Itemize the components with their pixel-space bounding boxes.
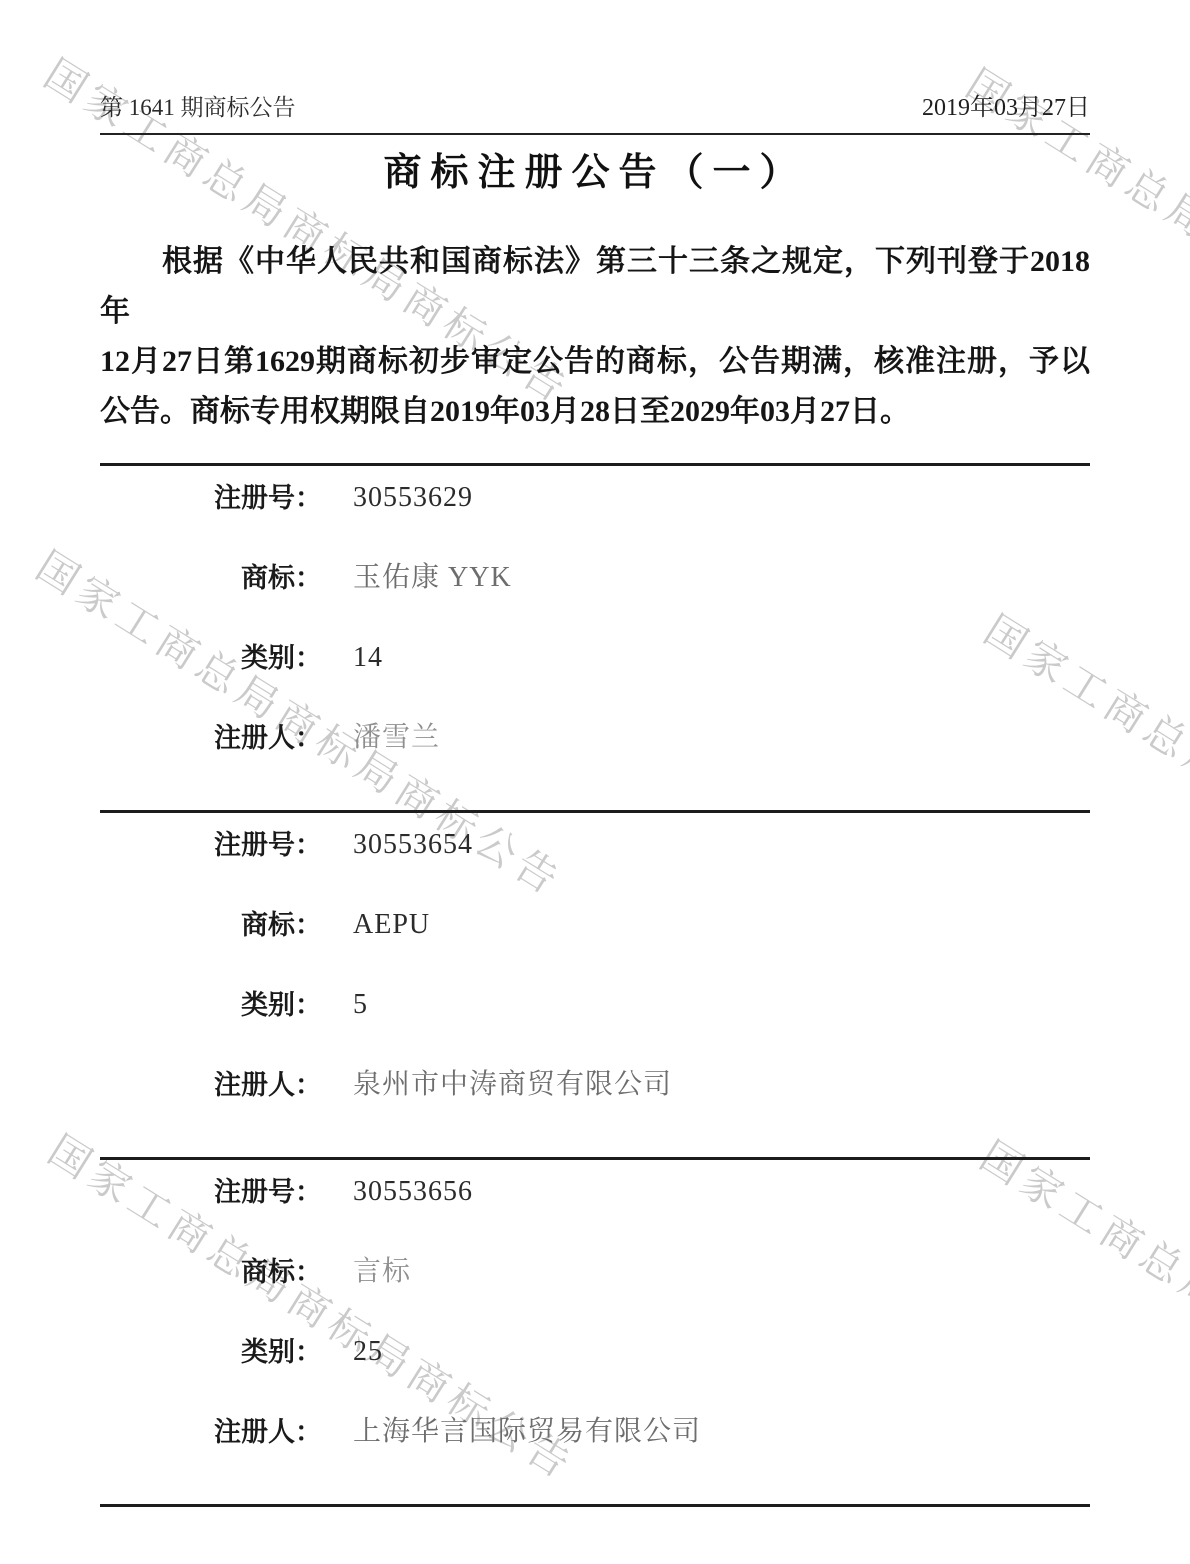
owner-value: 泉州市中涛商贸有限公司 [353, 1069, 672, 1101]
mark-label: 商标： [100, 1256, 322, 1288]
class-label: 类别： [100, 989, 322, 1021]
class-row: 类别： 25 [100, 1336, 1090, 1416]
class-label: 类别： [100, 1336, 322, 1368]
owner-value: 上海华言国际贸易有限公司 [353, 1416, 701, 1448]
class-row: 类别： 5 [100, 989, 1090, 1069]
class-label: 类别： [100, 642, 322, 674]
intro-line: 12月27日第1629期商标初步审定公告的商标，公告期满，核准注册，予以 [100, 337, 1090, 387]
mark-row: 商标： 玉佑康 YYK [100, 562, 1090, 642]
issue-number: 第 1641 期商标公告 [100, 94, 296, 122]
publication-date: 2019年03月27日 [922, 94, 1090, 122]
mark-value: AEPU [353, 909, 430, 941]
class-value: 25 [353, 1336, 383, 1368]
class-row: 类别： 14 [100, 642, 1090, 722]
regno-label: 注册号： [100, 1176, 322, 1208]
owner-row: 注册人： 潘雪兰 [100, 722, 1090, 802]
class-value: 5 [353, 989, 368, 1021]
regno-row: 注册号： 30553656 [100, 1176, 1090, 1256]
owner-label: 注册人： [100, 1416, 322, 1448]
regno-row: 注册号： 30553629 [100, 482, 1090, 562]
owner-value: 潘雪兰 [353, 722, 440, 754]
owner-label: 注册人： [100, 1069, 322, 1101]
mark-row: 商标： AEPU [100, 909, 1090, 989]
record-list: 注册号： 30553629 商标： 玉佑康 YYK 类别： 14 注册人： 潘雪… [100, 463, 1090, 1507]
trademark-record: 注册号： 30553629 商标： 玉佑康 YYK 类别： 14 注册人： 潘雪… [100, 463, 1090, 810]
trademark-record: 注册号： 30553656 商标： 言标 类别： 25 注册人： 上海华言国际贸… [100, 1157, 1090, 1504]
page-title: 商标注册公告（一） [100, 149, 1090, 197]
mark-row: 商标： 言标 [100, 1256, 1090, 1336]
regno-value: 30553656 [353, 1176, 473, 1208]
regno-row: 注册号： 30553654 [100, 829, 1090, 909]
gazette-page: 国家工商总局商标局商标公告 国家工商总局商标局商标公告 国家工商总局商标局商标公… [0, 0, 1190, 1564]
page-header: 第 1641 期商标公告 2019年03月27日 [100, 0, 1090, 122]
mark-label: 商标： [100, 909, 322, 941]
regno-value: 30553654 [353, 829, 473, 861]
intro-line: 公告。商标专用权期限自2019年03月28日至2029年03月27日。 [100, 387, 1090, 437]
class-value: 14 [353, 642, 383, 674]
trademark-record: 注册号： 30553654 商标： AEPU 类别： 5 注册人： 泉州市中涛商… [100, 810, 1090, 1157]
mark-label: 商标： [100, 562, 322, 594]
regno-label: 注册号： [100, 829, 322, 861]
regno-value: 30553629 [353, 482, 473, 514]
page-content: 第 1641 期商标公告 2019年03月27日 商标注册公告（一） 根据《中华… [100, 0, 1090, 1507]
owner-label: 注册人： [100, 722, 322, 754]
regno-label: 注册号： [100, 482, 322, 514]
intro-line: 根据《中华人民共和国商标法》第三十三条之规定，下列刊登于2018年 [100, 237, 1090, 337]
owner-row: 注册人： 泉州市中涛商贸有限公司 [100, 1069, 1090, 1149]
header-rule [100, 133, 1090, 135]
mark-value: 言标 [353, 1256, 411, 1288]
owner-row: 注册人： 上海华言国际贸易有限公司 [100, 1416, 1090, 1496]
mark-value: 玉佑康 YYK [353, 562, 512, 594]
intro-paragraph: 根据《中华人民共和国商标法》第三十三条之规定，下列刊登于2018年 12月27日… [100, 237, 1090, 437]
